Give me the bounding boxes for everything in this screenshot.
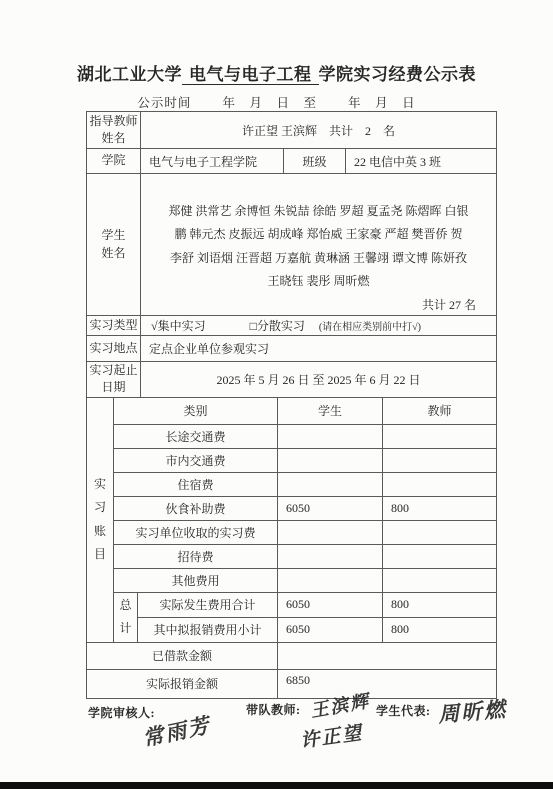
account-header-student: 学生 <box>278 397 383 424</box>
instructor-label: 指导教师 姓名 <box>87 112 141 149</box>
totals-side-label: 总 计 <box>114 592 138 642</box>
type-note: (请在相应类别前中打√) <box>319 322 421 333</box>
title-suffix: 学院实习经费公示表 <box>319 65 477 84</box>
table-row: 指导教师 姓名 许正望 王滨辉 共计 2 名 <box>87 112 497 149</box>
leader-signature-2: 许正望 <box>298 718 364 754</box>
expense-student <box>278 520 383 544</box>
actual-value: 6850 <box>278 669 497 698</box>
place-value: 定点企业单位参观实习 <box>141 336 497 362</box>
publicity-time-line: 公示时间 年 月 日 至 年 月 日 <box>0 93 553 111</box>
page-title: 湖北工业大学电气与电子工程学院实习经费公示表 <box>0 60 553 85</box>
table-row: 实习单位收取的实习费 <box>87 520 497 544</box>
expense-student: 6050 <box>278 496 383 520</box>
expense-label: 招待费 <box>114 544 278 568</box>
student-rep-signature: 周昕燃 <box>437 693 508 729</box>
table-row: 总 计 实际发生费用合计 6050 800 <box>87 592 497 617</box>
total-label: 其中拟报销费用小计 <box>138 617 278 642</box>
type-cell: √集中实习□分散实习(请在相应类别前中打√) <box>141 316 497 336</box>
expense-teacher <box>383 544 497 568</box>
dates-value: 2025 年 5 月 26 日 至 2025 年 6 月 22 日 <box>141 362 497 398</box>
college-label: 学院 <box>87 149 141 174</box>
expense-label: 市内交通费 <box>114 448 278 472</box>
type-option-dispersed: □分散实习 <box>250 319 305 333</box>
expense-student <box>278 424 383 448</box>
expense-teacher <box>383 448 497 472</box>
expense-label: 伙食补助费 <box>114 496 278 520</box>
table-row: 市内交通费 <box>87 448 497 472</box>
expense-label: 其他费用 <box>114 568 278 592</box>
scanned-document: 湖北工业大学电气与电子工程学院实习经费公示表 公示时间 年 月 日 至 年 月 … <box>0 0 553 789</box>
total-label: 实际发生费用合计 <box>138 592 278 617</box>
total-student: 6050 <box>278 617 383 642</box>
class-label: 班级 <box>284 149 346 174</box>
table-row: 学生 姓名 郑健 洪常艺 余博恒 朱锐喆 徐皓 罗超 夏孟尧 陈熠晖 白银 鹏 … <box>87 174 497 316</box>
place-label: 实习地点 <box>87 336 141 362</box>
table-row: 实 习 账 目 类别 学生 教师 <box>87 397 497 424</box>
total-teacher: 800 <box>383 592 497 617</box>
table-row: 实习类型 √集中实习□分散实习(请在相应类别前中打√) <box>87 316 497 336</box>
instructor-value: 许正望 王滨辉 共计 2 名 <box>141 112 497 149</box>
expense-student <box>278 544 383 568</box>
total-teacher: 800 <box>383 617 497 642</box>
table-row: 实际报销金额 6850 <box>87 669 497 698</box>
actual-label: 实际报销金额 <box>87 669 278 698</box>
table-row: 已借款金额 <box>87 642 497 669</box>
expense-label: 实习单位收取的实习费 <box>114 520 278 544</box>
account-header-category: 类别 <box>114 397 278 424</box>
table-row: 其他费用 <box>87 568 497 592</box>
borrowed-value <box>278 642 497 669</box>
account-header-teacher: 教师 <box>383 397 497 424</box>
table-row: 伙食补助费 6050 800 <box>87 496 497 520</box>
scan-edge-band <box>0 782 553 789</box>
expense-student <box>278 472 383 496</box>
info-table: 指导教师 姓名 许正望 王滨辉 共计 2 名 学院 电气与电子工程学院 班级 2… <box>86 111 497 398</box>
expense-teacher <box>383 472 497 496</box>
class-value: 22 电信中英 3 班 <box>346 149 497 174</box>
expense-teacher <box>383 520 497 544</box>
table-row: 住宿费 <box>87 472 497 496</box>
students-names: 郑健 洪常艺 余博恒 朱锐喆 徐皓 罗超 夏孟尧 陈熠晖 白银 鹏 韩元杰 皮振… <box>145 174 492 294</box>
expense-label: 长途交通费 <box>114 424 278 448</box>
borrowed-label: 已借款金额 <box>87 642 278 669</box>
table-row: 实习起止 日期 2025 年 5 月 26 日 至 2025 年 6 月 22 … <box>87 362 497 398</box>
table-row: 长途交通费 <box>87 424 497 448</box>
table-row: 其中拟报销费用小计 6050 800 <box>87 617 497 642</box>
college-value: 电气与电子工程学院 <box>141 149 284 174</box>
leader-label: 带队教师: <box>246 701 301 718</box>
expense-teacher <box>383 424 497 448</box>
students-total: 共计 27 名 <box>145 296 492 313</box>
table-row: 招待费 <box>87 544 497 568</box>
type-label: 实习类型 <box>87 316 141 336</box>
student-rep-label: 学生代表: <box>376 702 431 719</box>
expense-student <box>278 568 383 592</box>
expense-student <box>278 448 383 472</box>
expense-teacher <box>383 568 497 592</box>
expense-label: 住宿费 <box>114 472 278 496</box>
students-label: 学生 姓名 <box>87 174 141 316</box>
account-table: 实 习 账 目 类别 学生 教师 长途交通费 市内交通费 住宿费 伙 <box>86 397 497 699</box>
title-underlined-college: 电气与电子工程 <box>182 65 319 85</box>
title-prefix: 湖北工业大学 <box>77 65 182 84</box>
expense-teacher: 800 <box>383 496 497 520</box>
dates-label: 实习起止 日期 <box>87 362 141 398</box>
reviewer-label: 学院审核人: <box>88 704 155 721</box>
account-side-label: 实 习 账 目 <box>87 397 114 642</box>
table-row: 实习地点 定点企业单位参观实习 <box>87 336 497 362</box>
total-student: 6050 <box>278 592 383 617</box>
type-option-centralized: √集中实习 <box>151 319 206 333</box>
students-cell: 郑健 洪常艺 余博恒 朱锐喆 徐皓 罗超 夏孟尧 陈熠晖 白银 鹏 韩元杰 皮振… <box>141 174 497 316</box>
table-row: 学院 电气与电子工程学院 班级 22 电信中英 3 班 <box>87 149 497 174</box>
form-tables: 指导教师 姓名 许正望 王滨辉 共计 2 名 学院 电气与电子工程学院 班级 2… <box>86 111 496 699</box>
